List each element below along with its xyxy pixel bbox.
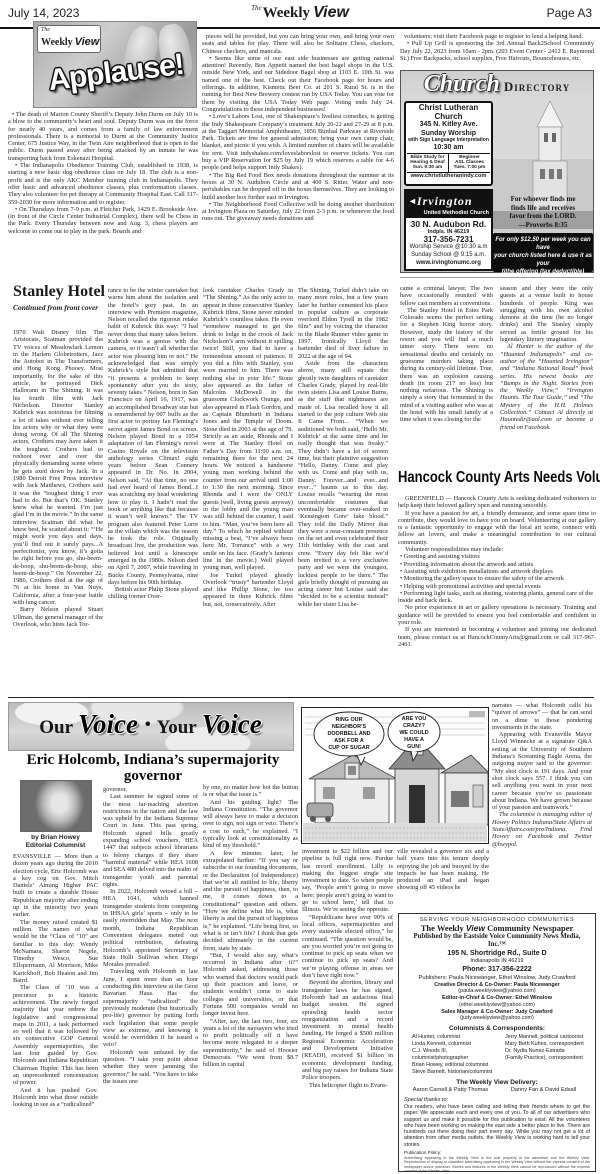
news-brief: • The Indianapolis Obedience Training Cl… xyxy=(8,162,198,206)
stanley-column-3: look caretaker Charles Grady in “The Shi… xyxy=(203,287,293,693)
article-text: No prior experience in art or gallery op… xyxy=(398,604,596,626)
masthead-view: View xyxy=(313,4,349,21)
article-text: British actor Philip Stone played chilli… xyxy=(108,586,198,601)
scripture-verse: For whoever finds me finds life and rece… xyxy=(493,195,593,229)
applause-column-1: • The death of Marion County Sheriff’s D… xyxy=(8,111,198,288)
logo-view: View xyxy=(75,36,100,48)
applause-column-2: pieces will be provided, but you can bri… xyxy=(202,33,394,289)
svg-text:CRAZY?: CRAZY? xyxy=(403,723,425,729)
applause-graphic: TheWeeklyView Applause! xyxy=(33,21,197,108)
article-text: governor. xyxy=(103,786,198,793)
article-text: Holcomb was unfazed by the question. “I … xyxy=(103,1049,198,1085)
article-text: GREENFIELD — Hancock County Arts is seek… xyxy=(398,495,596,510)
logo-weekly: Weekly xyxy=(41,37,73,48)
news-brief: • The death of Marion County Sheriff’s D… xyxy=(8,111,198,162)
church-schedule-table: Bible Study for Hearing & Deaf Sun. 9:30… xyxy=(407,153,490,173)
article-text: Appearing with Evansville Mayor Lloyd Wi… xyxy=(492,731,592,811)
thanks-heading: Special thanks to: xyxy=(404,1097,590,1104)
news-brief: • The Neighborhood Food Collective will … xyxy=(202,201,394,223)
news-brief: volunteers; visit their Facebook page to… xyxy=(400,33,594,40)
hancock-headline: Hancock County Arts Needs Volunteers xyxy=(398,469,564,487)
church-address: 345 N. Kitley Ave. xyxy=(407,121,490,129)
article-text: rance to be the winter caretaker but war… xyxy=(108,287,198,586)
columnists-heading: Columnists & Correspondents: xyxy=(404,1025,590,1033)
publisher-line: Published by the Eastside Voice Communit… xyxy=(404,933,590,949)
byline: by Brian Howey Editorial Columnist xyxy=(13,834,98,849)
article-text: look caretaker Charles Grady in “The Shi… xyxy=(203,287,293,572)
news-brief: • The Big Red Food Box needs donations t… xyxy=(202,172,394,201)
service-time: Worship Service @10:30 a.m xyxy=(406,244,491,252)
news-brief: • Love’s Labors Lost, one of Shakespeare… xyxy=(202,113,394,171)
masthead-weekly: Weekly xyxy=(263,5,311,21)
holcomb-column-3: by one, no matter how hot the button is … xyxy=(203,784,298,1172)
holcomb-column-2: governor. Last summer he signed some of … xyxy=(103,786,198,1172)
article-text: came a criminal lawyer. The two have occ… xyxy=(400,285,493,307)
banner-directory-word: Directory xyxy=(504,79,570,94)
holcomb-column-1: by Brian Howey Editorial Columnist EVANS… xyxy=(13,780,98,1172)
article-text: In 2022, Holcomb vetoed a bill – HEA 104… xyxy=(103,888,198,968)
stanley-column-1: 1970 Walt Disney film The Aristocats, Sc… xyxy=(13,329,103,693)
news-brief: • Pull Up Grill is sponsoring the 3rd An… xyxy=(400,40,594,62)
applause-column-3: volunteers; visit their Facebook page to… xyxy=(400,33,594,69)
svg-text:CUP OF SUGAR: CUP OF SUGAR xyxy=(328,745,369,751)
service-time: Sunday School @ 9:15 a.m. xyxy=(406,252,491,260)
schedule-cell: Beginner ASL Classes Tues. 7:00 pm xyxy=(449,154,490,172)
svg-text:ARE YOU: ARE YOU xyxy=(402,716,427,722)
office-phone: Phone: 317-356-2222 xyxy=(404,965,590,974)
svg-text:WE COULD: WE COULD xyxy=(399,730,428,736)
church-directory-banner: Church Directory xyxy=(401,71,593,99)
article-text: Joe Turkel played ghostly Overlook “trus… xyxy=(203,572,293,608)
article-text: “But, I would also say, what’s occurred … xyxy=(203,952,298,1018)
article-text: The Stanley Hotel in Estes Park Colorado… xyxy=(400,307,493,424)
article-text: by one, no matter how hot the button is … xyxy=(203,784,298,799)
banner-church-word: Church xyxy=(424,71,500,97)
volunteer-duty-item: • Performing light tasks, such as dustin… xyxy=(398,590,596,605)
article-text: A few minutes later, he extrapolated fur… xyxy=(203,850,298,952)
article-text: If you have a passion for art, a friendl… xyxy=(398,510,596,546)
banner-text: Our Voice • Your Voice xyxy=(9,709,293,740)
article-text: And it has pushed Gov. Holcomb into what… xyxy=(13,1087,98,1109)
stanley-column-6: season and they were the only guests at … xyxy=(500,285,593,447)
cartoon-credit xyxy=(469,711,485,717)
page-number: Page A3 xyxy=(547,6,592,20)
staff-email: (paula.weeklyview@yahoo.com) xyxy=(458,988,535,994)
stanley-column-2: rance to be the winter caretaker but war… xyxy=(108,287,198,693)
church-listings: Christ Lutheran Church 345 N. Kitley Ave… xyxy=(404,101,493,271)
news-brief: pieces will be provided, but you can bri… xyxy=(202,33,394,55)
article-text: Last summer he signed some of the most f… xyxy=(103,793,198,888)
columnists-right: Jerry Mannell, political cartoonist Mary… xyxy=(497,1034,590,1076)
holcomb-column-6: narrates — what Holcomb calls his “quive… xyxy=(492,702,592,910)
volunteer-duty-item: • Monitoring the gallery space to ensure… xyxy=(398,575,596,582)
section-divider xyxy=(400,277,594,278)
paper-title: The Weekly View Community Newspaper xyxy=(404,923,590,933)
masthead-the: The xyxy=(251,4,262,12)
svg-text:ASK FOR A: ASK FOR A xyxy=(334,738,364,744)
arrow-icon: ◄ xyxy=(408,196,417,206)
church-denomination: United Methodist Church xyxy=(408,210,489,216)
church-directory-ad: Church Directory Christ Lutheran Church … xyxy=(400,70,594,273)
news-brief: • On Thursdays from 7-9 p.m. at Fletcher… xyxy=(8,206,198,235)
article-text: Beyond the abortion, library and transge… xyxy=(302,979,393,1081)
svg-text:DOORBELL AND: DOORBELL AND xyxy=(327,731,370,737)
weekly-view-logo: TheWeeklyView xyxy=(37,25,101,53)
our-voice-banner: Our Voice • Your Voice xyxy=(8,702,294,751)
holcomb-column-4: investment to $22 billion and our pipeli… xyxy=(302,848,393,1172)
staff-role: Creative Director & Co-Owner: Paula Nice… xyxy=(404,982,590,996)
bullet-separator: • xyxy=(145,716,151,733)
volunteer-duty-item: • Helping with promotional activities an… xyxy=(398,583,596,590)
svg-text:RING OUR: RING OUR xyxy=(336,717,363,723)
publishers-list: Publishers: Paula Nicewanger, Ethel Wins… xyxy=(404,974,590,982)
volunteer-duty-item: • Assisting with exhibition installation… xyxy=(398,568,596,575)
volunteer-duty-item: • Providing information about the artwor… xyxy=(398,561,596,568)
article-text: The money raised created $1 million. The… xyxy=(13,919,98,985)
church-ad-right: For whoever finds me finds life and rece… xyxy=(493,99,593,272)
applause-title: Applause! xyxy=(35,46,197,99)
church-name: Christ Lutheran Church xyxy=(407,104,490,121)
delivery-staff: Aaron Carnell & Patty Thomas Danny Fan &… xyxy=(404,1087,590,1094)
church-phone: 317-356-7231 xyxy=(406,235,491,244)
staff-role: Sales Manager & Co-Owner: Judy Crawford … xyxy=(404,1009,590,1023)
article-text: ville revealed a governor six and a half… xyxy=(397,848,489,892)
church-ad-promo: For only $12.50 per week you can have yo… xyxy=(493,233,593,272)
columnist-bio: The columnist is managing editor of Howe… xyxy=(492,811,592,847)
article-text: Aside from the characters above, many st… xyxy=(298,360,388,608)
staff-role: Editor-in-Chief & Co-Owner: Ethel Winslo… xyxy=(404,995,590,1009)
section-divider xyxy=(8,697,594,698)
worship-time: 10:30 am xyxy=(407,144,490,152)
article-text: season and they were the only guests at … xyxy=(500,285,593,343)
holcomb-column-5: ville revealed a governor six and a half… xyxy=(397,848,489,908)
logo-the: The xyxy=(41,27,97,33)
article-text: investment to $22 billion and our pipeli… xyxy=(302,848,393,914)
author-bio: Al Hunter is the author of the “Haunted … xyxy=(500,343,593,431)
staff-email: (judy.weeklyview@yahoo.com) xyxy=(460,1015,534,1021)
article-text: The Shining, Turkel didn’t take on many … xyxy=(298,287,388,360)
article-text: If you are interested in becoming a volu… xyxy=(398,626,596,648)
schedule-cell: Bible Study for Hearing & Deaf Sun. 9:30… xyxy=(407,154,449,172)
masthead-info-box: SERVING YOUR NEIGHBORHOOD COMMUNITIES Th… xyxy=(398,913,596,1172)
worship-subtitle: with Sign Language Interpretation xyxy=(407,138,490,144)
article-text: This helicopter flight to Evans- xyxy=(302,1082,393,1089)
svg-text:GUN!: GUN! xyxy=(407,744,421,750)
thanks-text: Our readers, who have been calling and t… xyxy=(404,1104,590,1147)
church-website: www.christlutheranindy.com xyxy=(407,173,490,180)
article-text: narrates — what Holcomb calls his “quive… xyxy=(492,702,592,731)
church-website: www.irvingtonumc.org xyxy=(406,259,491,267)
masthead-title: TheWeeklyView xyxy=(0,4,600,22)
columnists-left: Al Hunter, columnist Linda Kennett, colu… xyxy=(404,1034,497,1076)
brian-howey-photo xyxy=(20,780,92,832)
church-address: 30 N. Audubon Rd. xyxy=(406,219,491,229)
columnists-list: Al Hunter, columnist Linda Kennett, colu… xyxy=(404,1034,590,1076)
irvington-umc-listing: ◄Irvington United Methodist Church 30 N.… xyxy=(404,189,493,271)
article-text: And his guiding light? The Indiana Const… xyxy=(203,799,298,850)
article-text: Volunteer responsibilities may include: xyxy=(398,546,596,553)
policy-text: Advertising appearing in the Weekly View… xyxy=(404,1156,590,1172)
article-text: The Class of ’10 was a precursor to a hi… xyxy=(13,984,98,1086)
staff-email: (ethel.weeklyview@yahoo.com) xyxy=(459,1002,535,1008)
article-text: “Republicans have over 90% of local offi… xyxy=(302,914,393,980)
svg-text:HAVE A: HAVE A xyxy=(404,737,424,743)
delivery-heading: The Weekly View Delivery: xyxy=(404,1079,590,1087)
editorial-cartoon: RING OUR NEIGHBOR’S DOORBELL AND ASK FOR… xyxy=(301,707,489,844)
office-address: 195 N. Shortridge Rd., Suite D xyxy=(404,949,590,958)
article-text: Barry Nelson played Stuart Ullman, the g… xyxy=(13,606,103,628)
christ-lutheran-listing: Christ Lutheran Church 345 N. Kitley Ave… xyxy=(404,101,493,186)
article-text: Traveling with Holcomb in late June, I s… xyxy=(103,968,198,1048)
stanley-column-5: came a criminal lawyer. The two have occ… xyxy=(400,285,493,459)
news-brief: • Seems like some of our east side busin… xyxy=(202,55,394,113)
volunteer-duty-item: • Greeting and assisting visitors xyxy=(398,553,596,560)
article-text: EVANSVILLE — More than a dozen years ago… xyxy=(13,853,98,919)
article-text: 1970 Walt Disney film The Aristocats, Sc… xyxy=(13,329,103,606)
stanley-column-4: The Shining, Turkel didn’t take on many … xyxy=(298,287,388,693)
svg-text:NEIGHBOR’S: NEIGHBOR’S xyxy=(332,724,367,730)
irvington-logo: ◄Irvington United Methodist Church xyxy=(406,191,491,218)
headline-line-1: Eric Holcomb, Indiana’s supermajority xyxy=(8,752,298,768)
hancock-article: GREENFIELD — Hancock County Arts is seek… xyxy=(398,495,596,696)
byline-role: Editorial Columnist xyxy=(13,842,98,850)
article-text: “After, say, the last two, four, six yea… xyxy=(203,1018,298,1069)
